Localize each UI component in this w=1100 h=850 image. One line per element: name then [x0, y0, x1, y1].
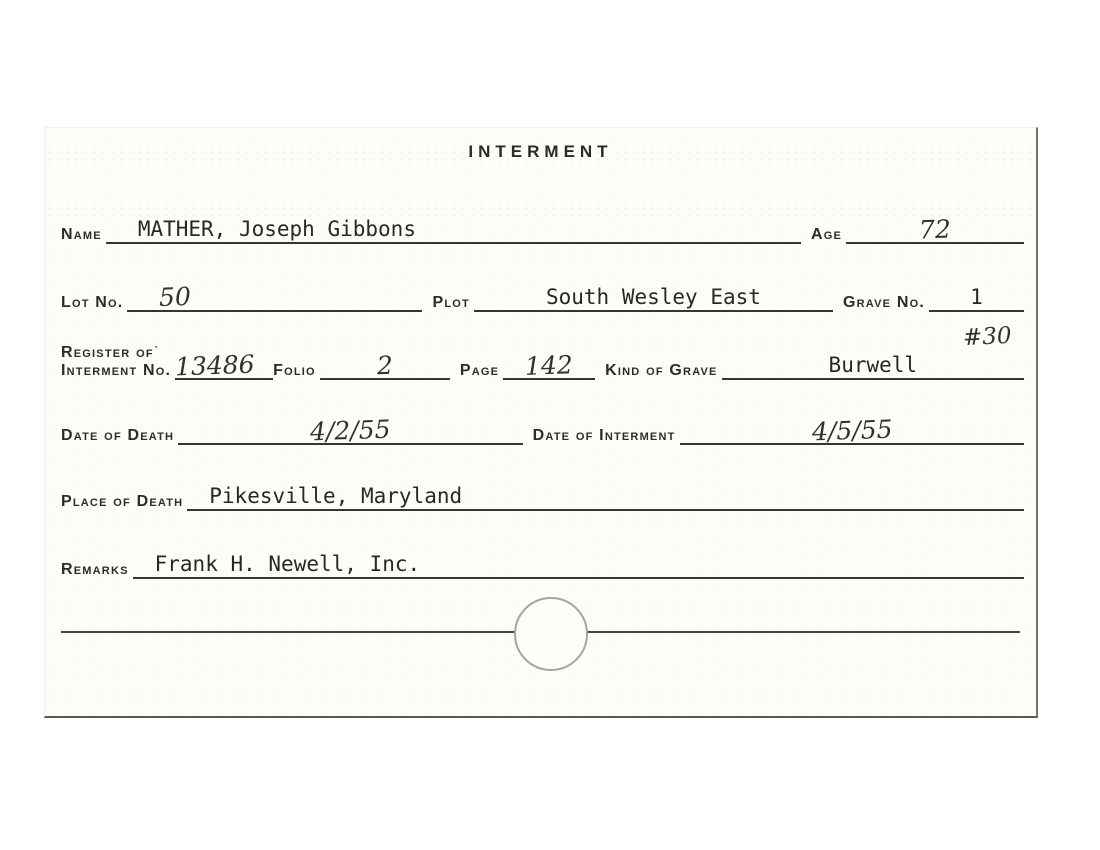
- hole-row: [61, 589, 1024, 633]
- remarks-value: Frank H. Newell, Inc.: [133, 553, 421, 576]
- register-label-line2: Interment No.: [61, 362, 171, 379]
- lot-no-label: Lot No.: [61, 295, 127, 312]
- date-of-death-label: Date of Death: [61, 428, 178, 445]
- plot-value: South Wesley East: [546, 286, 761, 309]
- date-of-interment-value: 4/5/55: [811, 417, 892, 445]
- remarks-row: Remarks Frank H. Newell, Inc.: [61, 535, 1024, 579]
- pen-tick: ˋ: [154, 344, 160, 361]
- plot-line: South Wesley East: [474, 286, 833, 312]
- register-row: Register ofˋ Interment No. 13486 Folio 2…: [61, 332, 1024, 380]
- place-of-death-line: Pikesville, Maryland: [187, 485, 1024, 511]
- register-no-value: 13486: [175, 352, 255, 380]
- grave-no-line: 1: [929, 286, 1024, 312]
- kind-of-grave-line: #30 Burwell: [722, 354, 1024, 380]
- punch-hole: [514, 597, 588, 671]
- lot-plot-grave-row: Lot No. 50 Plot South Wesley East Grave …: [61, 268, 1024, 312]
- kind-of-grave-value: Burwell: [829, 354, 918, 377]
- dates-row: Date of Death 4/2/55 Date of Interment 4…: [61, 401, 1024, 445]
- register-no-line: 13486: [175, 353, 273, 380]
- age-value: 72: [919, 216, 952, 242]
- name-line: MATHER, Joseph Gibbons: [106, 218, 801, 244]
- interment-card: INTERMENT Name MATHER, Joseph Gibbons Ag…: [44, 127, 1038, 718]
- lot-no-value: 50: [127, 284, 192, 311]
- folio-value: 2: [376, 353, 393, 379]
- register-label: Register ofˋ Interment No.: [61, 344, 175, 380]
- remarks-line: Frank H. Newell, Inc.: [133, 553, 1024, 579]
- page-label: Page: [460, 363, 503, 380]
- place-of-death-value: Pikesville, Maryland: [187, 485, 462, 508]
- date-of-interment-label: Date of Interment: [533, 428, 680, 445]
- date-of-death-line: 4/2/55: [178, 418, 522, 445]
- date-of-death-value: 4/2/55: [310, 417, 391, 445]
- grave-no-label: Grave No.: [843, 295, 929, 312]
- scan-page: { "card": { "title": "INTERMENT", "field…: [0, 0, 1100, 850]
- folio-label: Folio: [273, 363, 320, 380]
- name-label: Name: [61, 227, 106, 244]
- remarks-label: Remarks: [61, 562, 133, 579]
- name-value: MATHER, Joseph Gibbons: [106, 218, 416, 241]
- page-line: 142: [503, 353, 595, 380]
- date-of-interment-line: 4/5/55: [680, 418, 1024, 445]
- grave-no-value: 1: [970, 286, 983, 309]
- kind-of-grave-label: Kind of Grave: [605, 363, 721, 380]
- kind-of-grave-annotation: #30: [963, 323, 1013, 352]
- lot-no-line: 50: [127, 285, 422, 312]
- card-title: INTERMENT: [45, 142, 1036, 162]
- age-line: 72: [846, 217, 1024, 244]
- register-label-line1: Register of: [61, 344, 154, 361]
- place-of-death-row: Place of Death Pikesville, Maryland: [61, 467, 1024, 511]
- page-value: 142: [525, 352, 574, 379]
- place-of-death-label: Place of Death: [61, 494, 187, 511]
- plot-label: Plot: [432, 295, 473, 312]
- age-label: Age: [811, 227, 846, 244]
- folio-line: 2: [320, 353, 450, 380]
- name-age-row: Name MATHER, Joseph Gibbons Age 72: [61, 200, 1024, 244]
